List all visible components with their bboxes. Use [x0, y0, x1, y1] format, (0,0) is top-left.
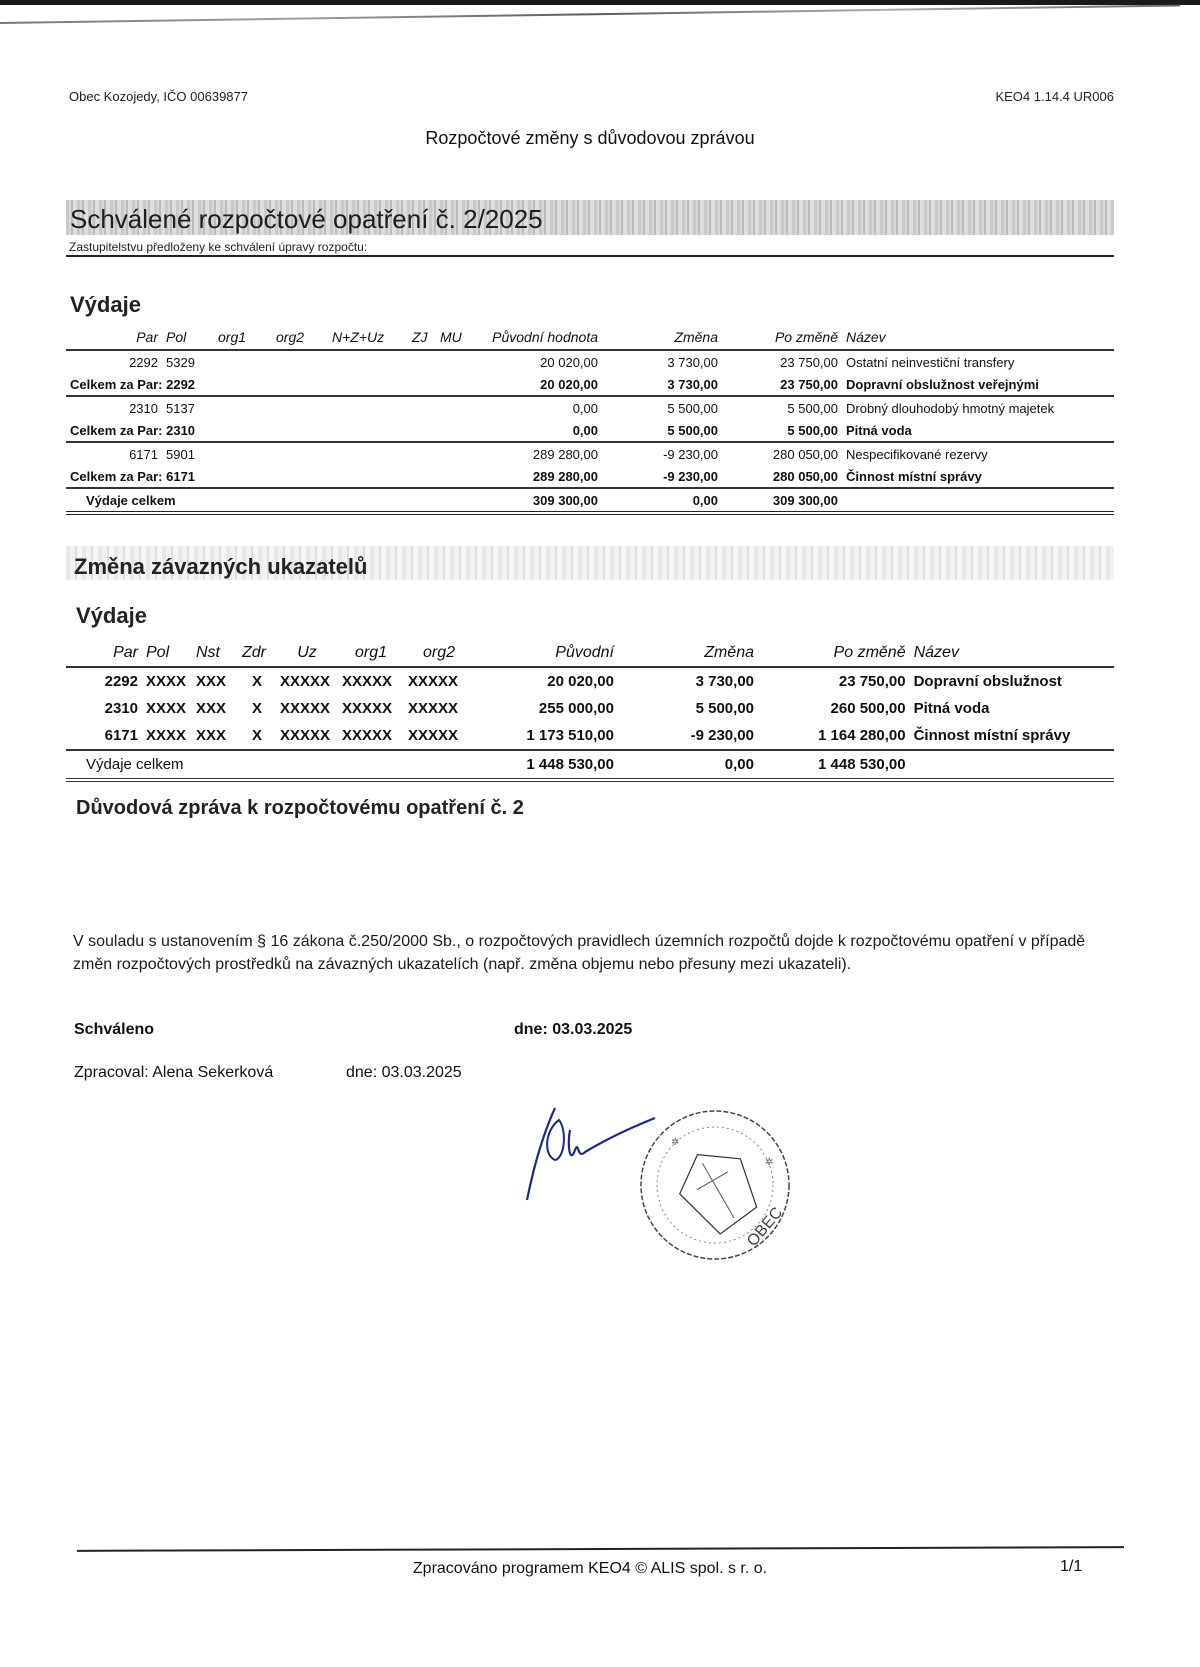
cell-original: 0,00 [468, 419, 602, 442]
cell-par: 6171 [66, 442, 162, 465]
cell-pol: XXXX [142, 722, 192, 750]
cell-name: Pitná voda [842, 419, 1114, 442]
table-row: 2310 5137 0,00 5 500,00 5 500,00 Drobný … [66, 396, 1114, 419]
cell-after: 260 500,00 [758, 695, 910, 722]
cell-after: 23 750,00 [722, 373, 842, 396]
col-after: Po změně [722, 326, 842, 350]
col-pol: Pol [162, 326, 214, 350]
col-org2: org2 [272, 326, 328, 350]
cell-name: Dopravní obslužnost veřejnými [842, 373, 1114, 396]
cell-original: 20 020,00 [468, 373, 602, 396]
table-row: 6171 5901 289 280,00 -9 230,00 280 050,0… [66, 442, 1114, 465]
footer-rule [77, 1546, 1124, 1552]
cell-zdr: X [238, 667, 276, 695]
cell-uz: XXXXX [276, 695, 338, 722]
cell-name: Ostatní neinvestiční transfery [842, 350, 1114, 373]
col-change: Změna [618, 641, 758, 667]
cell-par: 6171 [66, 722, 142, 750]
cell-par: 2292 [66, 667, 142, 695]
cell-name: Činnost místní správy [842, 465, 1114, 488]
cell-after: 280 050,00 [722, 442, 842, 465]
section2-group-title: Výdaje [76, 603, 147, 629]
total-change: 0,00 [618, 750, 758, 780]
col-name: Název [910, 641, 1114, 667]
col-original: Původní [474, 641, 618, 667]
footer-text: Zpracováno programem KEO4 © ALIS spol. s… [0, 1560, 1180, 1578]
grand-total-row: Výdaje celkem 309 300,00 0,00 309 300,00 [66, 488, 1114, 513]
cell-original: 289 280,00 [468, 442, 602, 465]
cell-change: -9 230,00 [602, 465, 722, 488]
justification-title: Důvodová zpráva k rozpočtovému opatření … [76, 797, 524, 820]
cell-zdr: X [238, 722, 276, 750]
col-org1: org1 [214, 326, 272, 350]
cell-name: Dopravní obslužnost [910, 667, 1114, 695]
cell-org2: XXXXX [404, 722, 474, 750]
processed-date: dne: 03.03.2025 [346, 1064, 462, 1082]
total-change: 0,00 [602, 488, 722, 513]
cell-par: 2292 [66, 350, 162, 373]
software-code: KEO4 1.14.4 UR006 [995, 89, 1114, 104]
col-change: Změna [602, 326, 722, 350]
binding-indicators-table: Par Pol Nst Zdr Uz org1 org2 Původní Změ… [66, 641, 1114, 782]
cell-uz: XXXXX [276, 667, 338, 695]
col-par: Par [66, 641, 142, 667]
cell-after: 23 750,00 [722, 350, 842, 373]
cell-nst: XXX [192, 695, 238, 722]
document-title: Rozpočtové změny s důvodovou zprávou [0, 128, 1180, 149]
cell-pol: 5137 [162, 396, 214, 419]
subtotal-label: Celkem za Par: 2292 [66, 373, 468, 396]
col-nzuz: N+Z+Uz [328, 326, 408, 350]
col-pol: Pol [142, 641, 192, 667]
cell-original: 289 280,00 [468, 465, 602, 488]
cell-zdr: X [238, 695, 276, 722]
col-nst: Nst [192, 641, 238, 667]
section2-title: Změna závazných ukazatelů [74, 554, 367, 580]
cell-nst: XXX [192, 667, 238, 695]
col-zj: ZJ [408, 326, 436, 350]
table-row: 2292 5329 20 020,00 3 730,00 23 750,00 O… [66, 350, 1114, 373]
cell-name: Činnost místní správy [910, 722, 1114, 750]
subtotal-label: Celkem za Par: 2310 [66, 419, 468, 442]
col-after: Po změně [758, 641, 910, 667]
cell-change: 3 730,00 [618, 667, 758, 695]
col-mu: MU [436, 326, 468, 350]
cell-uz: XXXXX [276, 722, 338, 750]
total-after: 309 300,00 [722, 488, 842, 513]
col-org1: org1 [338, 641, 404, 667]
cell-pol: XXXX [142, 695, 192, 722]
scan-paper-edge [0, 4, 1180, 24]
table-row: 2292 XXXX XXX X XXXXX XXXXX XXXXX 20 020… [66, 667, 1114, 695]
subtotal-row: Celkem za Par: 2310 0,00 5 500,00 5 500,… [66, 419, 1114, 442]
section1-title: Schválené rozpočtové opatření č. 2/2025 [70, 204, 543, 235]
cell-after: 5 500,00 [722, 419, 842, 442]
page-number: 1/1 [1060, 1558, 1082, 1576]
grand-total-label: Výdaje celkem [66, 488, 468, 513]
cell-org1: XXXXX [338, 695, 404, 722]
col-par: Par [66, 326, 162, 350]
cell-after: 23 750,00 [758, 667, 910, 695]
table-header-row: Par Pol org1 org2 N+Z+Uz ZJ MU Původní h… [66, 326, 1114, 350]
cell-pol: 5901 [162, 442, 214, 465]
table-row: 6171 XXXX XXX X XXXXX XXXXX XXXXX 1 173 … [66, 722, 1114, 750]
subtotal-row: Celkem za Par: 6171 289 280,00 -9 230,00… [66, 465, 1114, 488]
cell-original: 20 020,00 [468, 350, 602, 373]
section1-subtitle: Zastupitelstvu předloženy ke schválení ú… [69, 240, 367, 254]
cell-change: -9 230,00 [618, 722, 758, 750]
cell-change: 5 500,00 [602, 396, 722, 419]
cell-change: 5 500,00 [618, 695, 758, 722]
cell-org1: XXXXX [338, 722, 404, 750]
cell-original: 0,00 [468, 396, 602, 419]
cell-name: Nespecifikované rezervy [842, 442, 1114, 465]
cell-change: 3 730,00 [602, 373, 722, 396]
section1-rule [66, 255, 1114, 257]
official-stamp-icon: OBEC ✲ ✲ [635, 1105, 795, 1265]
cell-org2: XXXXX [404, 695, 474, 722]
cell-original: 1 173 510,00 [474, 722, 618, 750]
subtotal-label: Celkem za Par: 6171 [66, 465, 468, 488]
cell-name: Pitná voda [910, 695, 1114, 722]
approved-label: Schváleno [74, 1021, 154, 1039]
col-uz: Uz [276, 641, 338, 667]
cell-change: 3 730,00 [602, 350, 722, 373]
cell-nst: XXX [192, 722, 238, 750]
svg-text:✲: ✲ [671, 1137, 679, 1148]
cell-pol: XXXX [142, 667, 192, 695]
col-org2: org2 [404, 641, 474, 667]
approved-date: dne: 03.03.2025 [514, 1021, 632, 1039]
section1-group-title: Výdaje [70, 292, 141, 318]
cell-org2: XXXXX [404, 667, 474, 695]
justification-text: V souladu s ustanovením § 16 zákona č.25… [73, 930, 1113, 976]
cell-original: 20 020,00 [474, 667, 618, 695]
subtotal-row: Celkem za Par: 2292 20 020,00 3 730,00 2… [66, 373, 1114, 396]
cell-after: 280 050,00 [722, 465, 842, 488]
cell-change: -9 230,00 [602, 442, 722, 465]
grand-total-label: Výdaje celkem [66, 750, 474, 780]
organization-header: Obec Kozojedy, IČO 00639877 [69, 89, 248, 104]
cell-par: 2310 [66, 695, 142, 722]
table-header-row: Par Pol Nst Zdr Uz org1 org2 Původní Změ… [66, 641, 1114, 667]
table-row: 2310 XXXX XXX X XXXXX XXXXX XXXXX 255 00… [66, 695, 1114, 722]
cell-original: 255 000,00 [474, 695, 618, 722]
total-original: 1 448 530,00 [474, 750, 618, 780]
cell-change: 5 500,00 [602, 419, 722, 442]
cell-pol: 5329 [162, 350, 214, 373]
svg-text:✲: ✲ [765, 1157, 773, 1168]
cell-name: Drobný dlouhodobý hmotný majetek [842, 396, 1114, 419]
cell-org1: XXXXX [338, 667, 404, 695]
budget-change-table: Par Pol org1 org2 N+Z+Uz ZJ MU Původní h… [66, 326, 1114, 515]
cell-par: 2310 [66, 396, 162, 419]
cell-after: 1 164 280,00 [758, 722, 910, 750]
col-name: Název [842, 326, 1114, 350]
col-zdr: Zdr [238, 641, 276, 667]
processed-by: Zpracoval: Alena Sekerková [74, 1064, 273, 1082]
grand-total-row: Výdaje celkem 1 448 530,00 0,00 1 448 53… [66, 750, 1114, 780]
cell-after: 5 500,00 [722, 396, 842, 419]
total-original: 309 300,00 [468, 488, 602, 513]
col-original: Původní hodnota [468, 326, 602, 350]
total-after: 1 448 530,00 [758, 750, 910, 780]
scan-edge-top [0, 0, 1200, 5]
